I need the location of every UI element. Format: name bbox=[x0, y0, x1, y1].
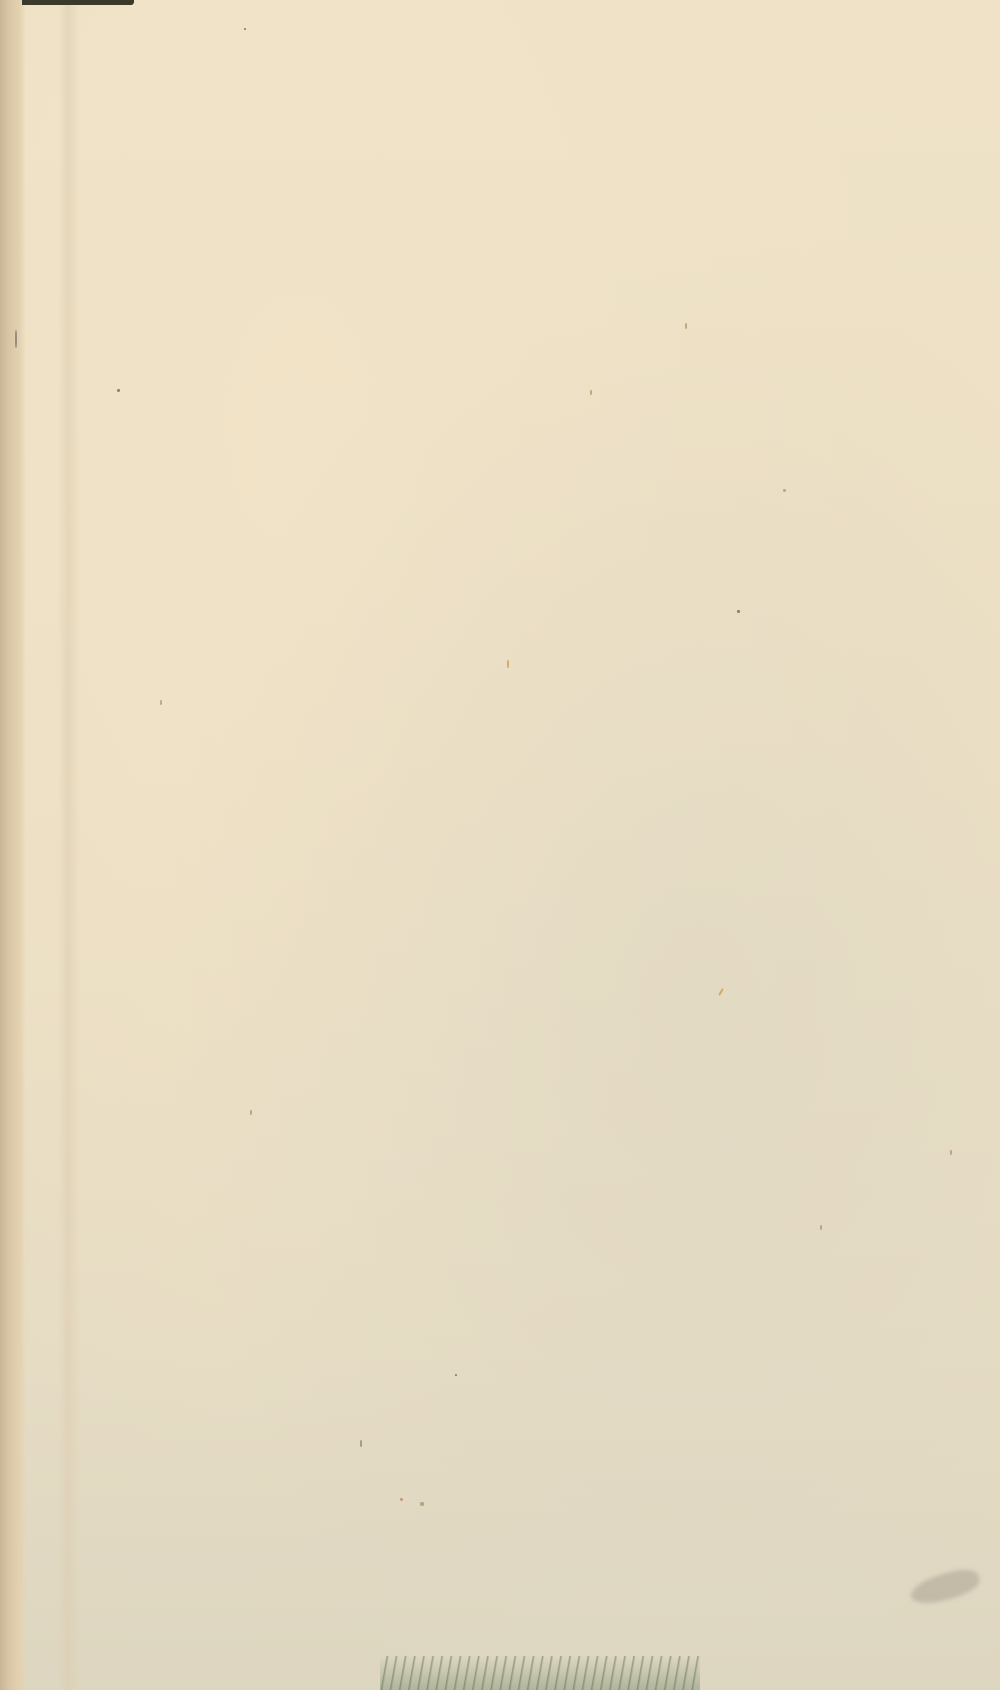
paper-fleck bbox=[244, 28, 246, 30]
top-edge-tab bbox=[22, 0, 134, 5]
paper-fleck bbox=[400, 1498, 403, 1501]
paper-fleck bbox=[455, 1374, 457, 1376]
paper-fleck bbox=[820, 1225, 822, 1230]
binding-edge bbox=[0, 0, 26, 1690]
paper-fleck bbox=[360, 1440, 362, 1447]
paper-fleck bbox=[783, 489, 786, 492]
paper-fleck bbox=[737, 610, 740, 613]
paper-fleck bbox=[250, 1110, 252, 1115]
bottom-edge-marks bbox=[380, 1656, 700, 1690]
paper-fleck bbox=[507, 660, 509, 668]
paper-fleck bbox=[590, 390, 592, 395]
paper-fleck bbox=[950, 1150, 952, 1155]
gutter-shadow bbox=[58, 0, 80, 1690]
paper-fleck bbox=[420, 1502, 424, 1506]
blank-book-page bbox=[0, 0, 1000, 1690]
paper-fleck bbox=[160, 700, 162, 705]
paper-fleck bbox=[685, 323, 687, 329]
paper-fleck bbox=[718, 988, 724, 996]
page-smudge bbox=[908, 1564, 983, 1610]
paper-fleck bbox=[15, 330, 17, 348]
paper-fleck bbox=[117, 389, 120, 392]
